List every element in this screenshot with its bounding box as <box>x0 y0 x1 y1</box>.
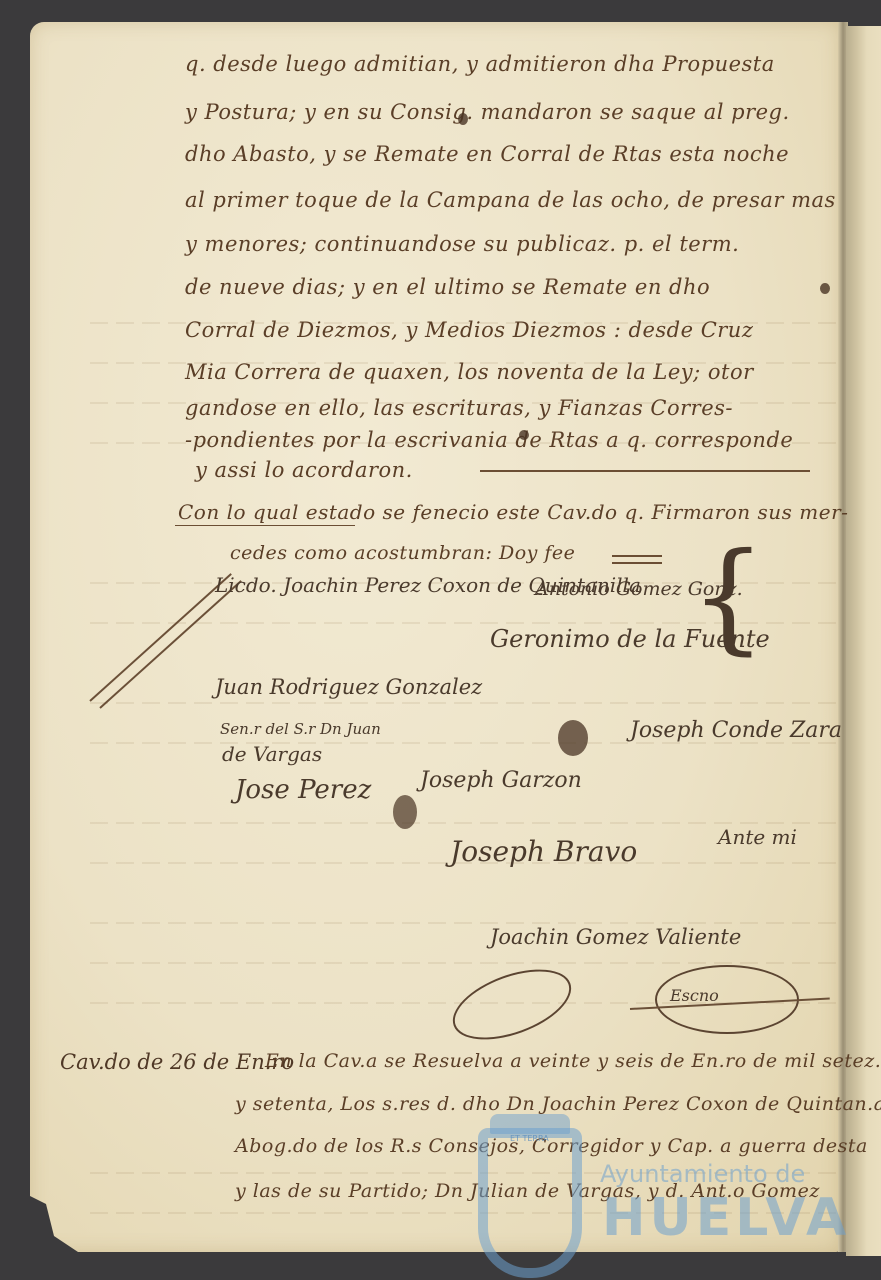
signature-joseph-conde-zara: Joseph Conde Zara <box>630 718 842 743</box>
ink-blot <box>519 430 529 440</box>
final-entry-line-1: En la Cav.a se Resuelva a veinte y seis … <box>265 1050 881 1072</box>
notary-ante-mi: Ante mi <box>718 825 797 849</box>
flourish-rule <box>612 555 662 557</box>
flourish-rule <box>612 562 662 564</box>
line-filler-rule <box>480 470 810 472</box>
signature-senor-don-juan: Sen.r del S.r Dn Juan <box>220 720 381 738</box>
bleed-through-line <box>90 922 850 924</box>
body-line-5: y menores; continuandose su publicaz. p.… <box>185 232 739 256</box>
closing-line-1: Con lo qual estado se fenecio este Cav.d… <box>178 500 848 524</box>
bleed-through-line <box>90 702 850 704</box>
body-line-6: de nueve dias; y en el ultimo se Remate … <box>185 275 710 299</box>
underline <box>175 525 355 526</box>
bleed-through-line <box>90 1172 850 1174</box>
signature-joseph-garzon: Joseph Garzon <box>420 768 582 793</box>
signature-joseph-bravo: Joseph Bravo <box>450 835 637 868</box>
bleed-through-line <box>90 962 850 964</box>
body-line-4: al primer toque de la Campana de las och… <box>185 188 836 212</box>
body-line-3: dho Abasto, y se Remate en Corral de Rta… <box>185 142 789 166</box>
final-entry-line-3: Abog.do de los R.s Consejos, Corregidor … <box>235 1135 868 1157</box>
ink-blot <box>458 113 468 125</box>
body-line-7: Corral de Diezmos, y Medios Diezmos : de… <box>185 318 753 342</box>
body-line-8: Mia Correra de quaxen, los noventa de la… <box>185 360 754 384</box>
body-line-2: y Postura; y en su Consig. mandaron se s… <box>185 100 790 124</box>
body-line-9: gandose en ello, las escrituras, y Fianz… <box>185 396 733 420</box>
signature-joachin-gomez-valiente: Joachin Gomez Valiente <box>490 925 741 949</box>
closing-line-2: cedes como acostumbran: Doy fee <box>230 542 575 564</box>
final-entry-line-2: y setenta, Los s.res d. dho Dn Joachin P… <box>235 1093 881 1115</box>
bleed-through-line <box>90 822 850 824</box>
body-line-1: q. desde luego admitian, y admitieron dh… <box>185 52 775 76</box>
body-line-11: y assi lo acordaron. <box>195 458 413 482</box>
brace-flourish: { <box>690 538 766 658</box>
ink-blot <box>558 720 588 756</box>
signature-jose-perez: Jose Perez <box>235 775 371 805</box>
margin-note-date: Cav.do de 26 de En.ro <box>60 1050 294 1074</box>
ink-blot <box>393 795 417 829</box>
signature-juan-rodriguez: Juan Rodriguez Gonzalez <box>215 675 482 699</box>
signature-de-vargas: de Vargas <box>222 742 322 766</box>
final-entry-line-4: y las de su Partido; Dn Julian de Vargas… <box>235 1180 820 1202</box>
bleed-through-line <box>90 1212 850 1214</box>
ink-blot <box>820 283 830 294</box>
body-line-10: -pondientes por la escrivania de Rtas a … <box>185 428 793 452</box>
